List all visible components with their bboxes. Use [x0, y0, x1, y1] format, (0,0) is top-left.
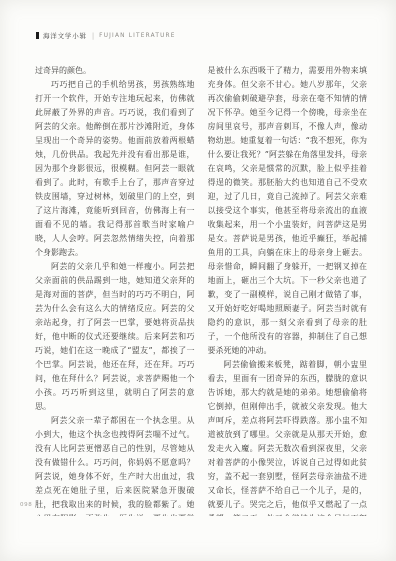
magazine-page: 海洋文学小辑 | FUJIAN LITERATURE 过奇异的颜色。 巧巧把自己…	[0, 0, 396, 561]
article-body: 过奇异的颜色。 巧巧把自己的手机给男孩，男孩熟练地打开一个软件，开始专注地玩起来…	[35, 64, 367, 516]
section-marker-icon	[36, 32, 39, 39]
page-header: 海洋文学小辑 | FUJIAN LITERATURE	[36, 31, 176, 40]
body-paragraph: 过奇异的颜色。	[35, 64, 195, 78]
body-paragraph: 巧巧把自己的手机给男孩，男孩熟练地打开一个软件，开始专注地玩起来，仿佛就此屏蔽了…	[35, 78, 195, 260]
body-paragraph: 阿芸偷偷搬来板凳，踮着脚，朝小盅里看去，里面有一团奇异的东西，朦胧的意识告诉她，…	[208, 358, 368, 516]
right-column: 是被什么东西吸干了精力，需要用外物来填充身体。但父亲不甘心。她八岁那年，父亲再次…	[208, 64, 368, 516]
section-title: 海洋文学小辑	[43, 31, 87, 40]
body-paragraph: 阿芸的父亲几乎和她一样瘦小。阿芸把父亲面前的供品踢到一地，她知道父亲拜的是海对面…	[35, 260, 195, 414]
page-number: 098	[20, 502, 32, 508]
magazine-title: FUJIAN LITERATURE	[99, 33, 175, 39]
header-divider: |	[92, 32, 94, 40]
left-column: 过奇异的颜色。 巧巧把自己的手机给男孩，男孩熟练地打开一个软件，开始专注地玩起来…	[35, 64, 195, 516]
body-paragraph: 阿芸父亲一辈子都困在一个执念里。从小到大，他这个执念也拽得阿芸喘不过气。没有人比…	[35, 414, 195, 516]
body-paragraph: 是被什么东西吸干了精力，需要用外物来填充身体。但父亲不甘心。她八岁那年，父亲再次…	[208, 64, 368, 358]
